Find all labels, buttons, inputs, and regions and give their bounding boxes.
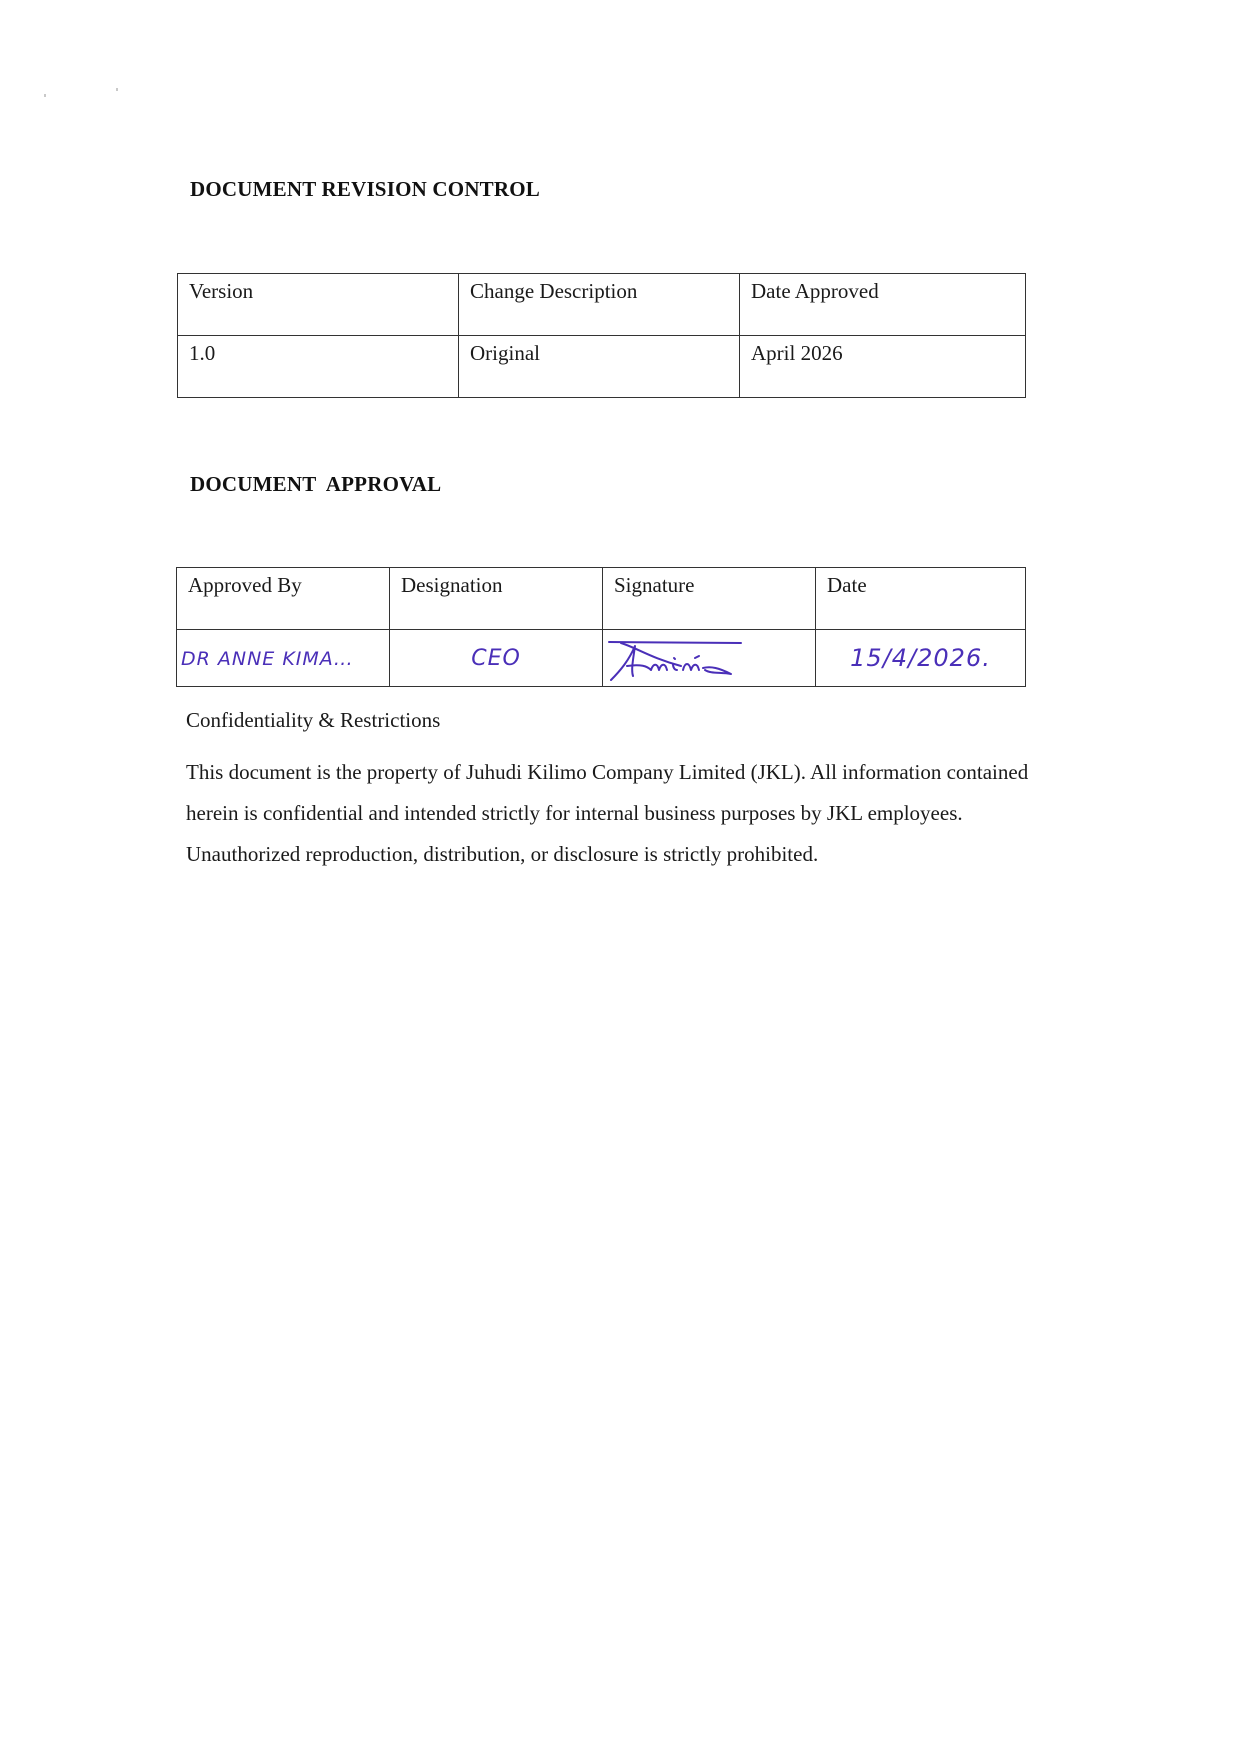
column-header-date: Date xyxy=(816,568,1026,630)
scan-artifact xyxy=(116,88,118,91)
cell-change-description: Original xyxy=(459,336,740,398)
confidentiality-title: Confidentiality & Restrictions xyxy=(186,708,440,733)
column-header-designation: Designation xyxy=(390,568,603,630)
signature-icon xyxy=(607,630,811,686)
table-header-row: Version Change Description Date Approved xyxy=(178,274,1026,336)
document-approval-table: Approved By Designation Signature Date D… xyxy=(176,567,1026,687)
cell-designation: CEO xyxy=(390,630,603,687)
column-header-date-approved: Date Approved xyxy=(740,274,1026,336)
cell-date-approved: April 2026 xyxy=(740,336,1026,398)
column-header-signature: Signature xyxy=(603,568,816,630)
revision-control-table: Version Change Description Date Approved… xyxy=(177,273,1026,398)
column-header-approved-by: Approved By xyxy=(177,568,390,630)
cell-approved-by: DR ANNE KIMA… xyxy=(177,630,390,687)
revision-control-heading: DOCUMENT REVISION CONTROL xyxy=(190,177,540,202)
column-header-version: Version xyxy=(178,274,459,336)
document-approval-heading-text: DOCUMENT APPROVAL xyxy=(190,472,441,496)
handwritten-name: DR ANNE KIMA… xyxy=(181,648,354,670)
column-header-change-description: Change Description xyxy=(459,274,740,336)
handwritten-designation: CEO xyxy=(394,646,598,671)
cell-signature xyxy=(603,630,816,687)
table-row: DR ANNE KIMA… CEO xyxy=(177,630,1026,687)
cell-version: 1.0 xyxy=(178,336,459,398)
cell-date: 15/4/2026. xyxy=(816,630,1026,687)
handwritten-date: 15/4/2026. xyxy=(820,644,1021,672)
table-row: 1.0 Original April 2026 xyxy=(178,336,1026,398)
confidentiality-body: This document is the property of Juhudi … xyxy=(186,752,1066,875)
table-header-row: Approved By Designation Signature Date xyxy=(177,568,1026,630)
document-approval-heading: DOCUMENT APPROVAL xyxy=(190,472,441,497)
scan-artifact xyxy=(44,94,46,97)
